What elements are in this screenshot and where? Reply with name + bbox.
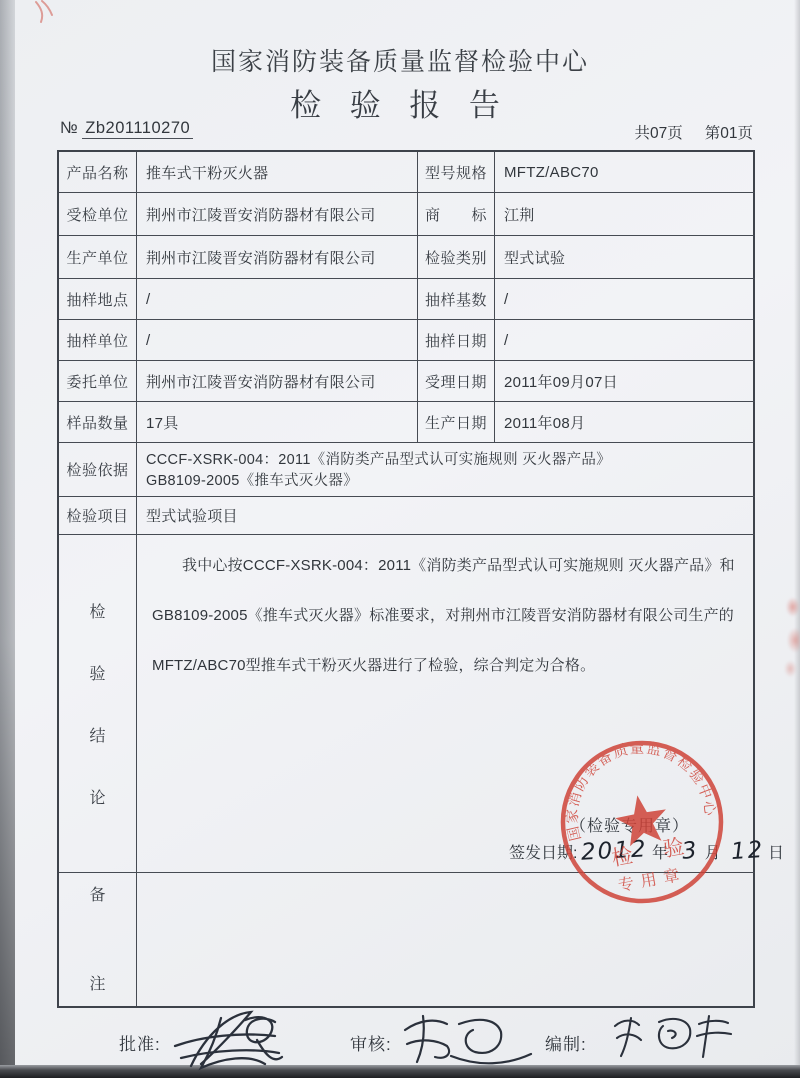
conclusion-cell: 我中心按CCCF-XSRK-004：2011《消防类产品型式认可实施规则 灭火器…	[137, 535, 755, 873]
field-value-acceptance-date: 2011年09月07日	[495, 361, 755, 402]
field-label-trademark: 商 标	[418, 193, 495, 236]
field-value-sampling-date: /	[495, 320, 755, 361]
field-label-remark: 备 注	[59, 873, 137, 1006]
conclusion-paragraph: 我中心按CCCF-XSRK-004：2011《消防类产品型式认可实施规则 灭火器…	[152, 541, 743, 691]
report-number: № Zb201110270	[60, 119, 193, 138]
field-value-trademark: 江荆	[495, 193, 755, 236]
field-value-inspection-type: 型式试验	[495, 236, 755, 279]
field-label-inspected-unit: 受检单位	[59, 193, 137, 236]
field-label-sample-quantity: 样品数量	[59, 402, 137, 443]
scanned-report-page: { "header": { "org_title": "国家消防装备质量监督检验…	[0, 0, 800, 1078]
seal-center-right-char: 验	[661, 835, 686, 861]
field-value-commissioning-unit: 荆州市江陵晋安消防器材有限公司	[137, 361, 418, 402]
report-number-value: Zb201110270	[82, 119, 193, 139]
org-title: 国家消防装备质量监督检验中心	[0, 42, 800, 78]
field-label-product-name: 产品名称	[59, 152, 137, 193]
field-value-sample-quantity: 17具	[137, 402, 418, 443]
field-label-commissioning-unit: 委托单位	[59, 361, 137, 402]
day-suffix: 日	[768, 840, 784, 863]
official-seal-stamp: 国家消防装备质量监督检验中心 检 验 专用章	[554, 734, 730, 910]
conclusion-line3: MFTZ/ABC70型推车式干粉灭火器进行了检验，综合判定为合格。	[152, 641, 743, 691]
report-table: 产品名称 推车式干粉灭火器 型号规格 MFTZ/ABC70 受检单位 荆州市江陵…	[57, 150, 755, 1008]
field-value-inspection-basis: CCCF-XSRK-004：2011《消防类产品型式认可实施规则 灭火器产品》 …	[137, 443, 755, 497]
stamp-fragment-topleft	[28, 0, 56, 26]
field-label-production-date: 生产日期	[418, 402, 495, 443]
field-value-inspected-unit: 荆州市江陵晋安消防器材有限公司	[137, 193, 418, 236]
field-label-inspection-items: 检验项目	[59, 497, 137, 535]
field-value-inspection-items: 型式试验项目	[137, 497, 755, 535]
field-value-sampling-base: /	[495, 279, 755, 320]
seal-center-left-char: 检	[610, 844, 635, 870]
field-label-manufacturer: 生产单位	[59, 236, 137, 279]
page-count: 共07页第01页	[635, 121, 754, 143]
page-current: 第01页	[705, 125, 753, 142]
prepare-signature	[605, 1010, 737, 1064]
field-label-acceptance-date: 受理日期	[418, 361, 495, 402]
field-label-inspection-conclusion: 检 验 结 论	[59, 535, 137, 873]
report-number-label: №	[60, 119, 78, 137]
conclusion-line2: GB8109-2005《推车式灭火器》标准要求，对荆州市江陵晋安消防器材有限公司…	[152, 591, 743, 641]
prepare-label: 编制:	[545, 1030, 587, 1055]
pages-total: 共07页	[635, 125, 683, 142]
scan-edge-left	[0, 0, 15, 1066]
field-label-inspection-type: 检验类别	[418, 236, 495, 279]
review-signature	[393, 1010, 535, 1070]
field-label-sampling-place: 抽样地点	[59, 279, 137, 320]
field-value-product-name: 推车式干粉灭火器	[137, 152, 418, 193]
scan-edge-right	[794, 0, 800, 1066]
meta-row: № Zb201110270 共07页第01页	[57, 119, 755, 143]
field-value-model-spec: MFTZ/ABC70	[495, 152, 755, 193]
field-value-sampling-place: /	[137, 279, 418, 320]
inspection-basis-line2: GB8109-2005《推车式灭火器》	[146, 471, 358, 492]
stamp-fragment-right-edge	[776, 588, 800, 683]
approve-signature	[161, 1006, 293, 1072]
field-value-sampling-unit: /	[137, 320, 418, 361]
field-label-inspection-basis: 检验依据	[59, 443, 137, 497]
signature-row: 批准: 审核: 编制:	[57, 1006, 755, 1070]
field-value-production-date: 2011年08月	[495, 402, 755, 443]
field-label-sampling-base: 抽样基数	[418, 279, 495, 320]
conclusion-line1: 我中心按CCCF-XSRK-004：2011《消防类产品型式认可实施规则 灭火器…	[152, 541, 743, 591]
approve-label: 批准:	[119, 1030, 161, 1055]
issue-day-handwritten: 12	[730, 837, 765, 865]
field-label-model-spec: 型号规格	[418, 152, 495, 193]
field-label-sampling-unit: 抽样单位	[59, 320, 137, 361]
field-value-manufacturer: 荆州市江陵晋安消防器材有限公司	[137, 236, 418, 279]
field-label-sampling-date: 抽样日期	[418, 320, 495, 361]
inspection-basis-line1: CCCF-XSRK-004：2011《消防类产品型式认可实施规则 灭火器产品》	[146, 450, 611, 471]
review-label: 审核:	[350, 1030, 392, 1055]
